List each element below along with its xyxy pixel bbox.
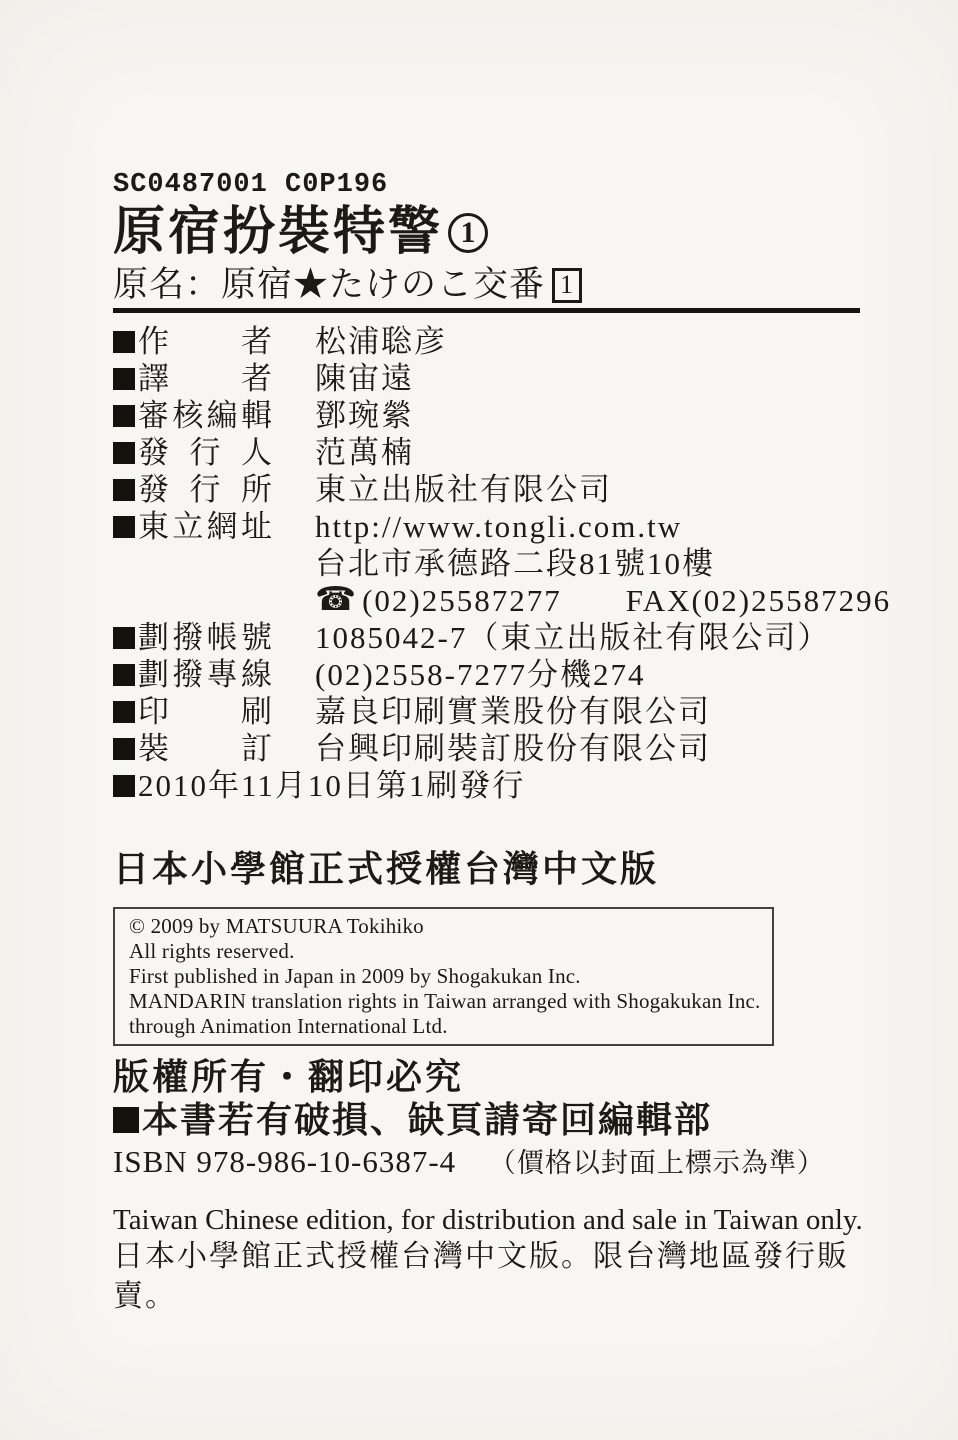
row-value: 鄧琬縈 xyxy=(315,397,414,434)
row-value: 嘉良印刷實業股份有限公司 xyxy=(315,693,711,730)
damage-notice-text: 本書若有破損、缺頁請寄回編輯部 xyxy=(142,1098,712,1142)
book-title: 原宿扮裝特警 1 xyxy=(113,202,868,264)
row-label: 印刷 xyxy=(138,693,274,730)
colophon-page: SC0487001 C0P196 原宿扮裝特警 1 原名：原宿★たけのこ交番 1… xyxy=(0,0,958,1440)
copyright-line: First published in Japan in 2009 by Shog… xyxy=(129,964,762,989)
colophon-row-postal-line: 劃撥專線 (02)2558-7277分機274 xyxy=(113,656,868,693)
row-value: 台興印刷裝訂股份有限公司 xyxy=(315,730,711,767)
row-label: 發行所 xyxy=(138,471,274,508)
colophon-row-author: 作者 松浦聡彦 xyxy=(113,323,868,360)
isbn-number: ISBN 978-986-10-6387-4 xyxy=(113,1144,456,1179)
phone-number: (02)25587277 xyxy=(362,582,562,619)
row-label: 作者 xyxy=(138,323,274,360)
bullet-square-icon xyxy=(113,701,135,723)
english-distribution-notice: Taiwan Chinese edition, for distribution… xyxy=(113,1203,868,1237)
row-value: 陳宙遠 xyxy=(315,360,414,397)
row-value: 松浦聡彦 xyxy=(315,323,447,360)
copyright-box: © 2009 by MATSUURA Tokihiko All rights r… xyxy=(113,907,774,1046)
boxed-volume-badge: 1 xyxy=(552,268,582,303)
colophon-row-website: 東立網址 http://www.tongli.com.tw xyxy=(113,508,868,545)
isbn-line: ISBN 978-986-10-6387-4 （價格以封面上標示為準） xyxy=(113,1142,868,1183)
circled-volume-badge: 1 xyxy=(448,213,488,253)
row-label: 劃撥專線 xyxy=(138,656,274,693)
row-label: 劃撥帳號 xyxy=(138,619,274,656)
row-value: (02)2558-7277分機274 xyxy=(315,656,645,693)
colophon-row-printer: 印刷 嘉良印刷實業股份有限公司 xyxy=(113,693,868,730)
bullet-square-icon xyxy=(113,627,135,649)
print-date: 2010年11月10日第1刷發行 xyxy=(138,767,525,804)
fax-number: FAX(02)25587296 xyxy=(626,582,891,619)
row-label: 東立網址 xyxy=(138,508,274,545)
original-title-text: 原名：原宿★たけのこ交番 xyxy=(113,264,545,306)
bullet-square-icon xyxy=(113,479,135,501)
bullet-square-icon xyxy=(113,738,135,760)
divider-rule xyxy=(113,308,860,313)
colophon-rows: 作者 松浦聡彦 譯者 陳宙遠 審核編輯 鄧琬縈 發行人 范萬楠 發行所 東立出版… xyxy=(113,323,868,804)
license-heading: 日本小學館正式授權台灣中文版 xyxy=(113,847,868,891)
copyright-line: MANDARIN translation rights in Taiwan ar… xyxy=(129,989,762,1014)
chinese-distribution-notice: 日本小學館正式授權台灣中文版。限台灣地區發行販賣。 xyxy=(113,1237,868,1317)
copyright-line: All rights reserved. xyxy=(129,939,762,964)
colophon-row-translator: 譯者 陳宙遠 xyxy=(113,360,868,397)
publisher-url: http://www.tongli.com.tw xyxy=(315,508,682,545)
bullet-square-icon xyxy=(113,405,135,427)
damage-notice: 本書若有破損、缺頁請寄回編輯部 xyxy=(113,1098,868,1142)
original-title: 原名：原宿★たけのこ交番 1 xyxy=(113,264,868,306)
row-label: 發行人 xyxy=(138,434,274,471)
colophon-row-address: 台北市承德路二段81號10樓 xyxy=(113,545,868,582)
price-note: （價格以封面上標示為準） xyxy=(489,1148,825,1178)
publisher-address: 台北市承德路二段81號10樓 xyxy=(315,545,715,582)
colophon-row-phone: ☎ (02)25587277 FAX(02)25587296 xyxy=(113,582,868,619)
colophon-row-publisher-person: 發行人 范萬楠 xyxy=(113,434,868,471)
rights-notice: 版權所有・翻印必究 xyxy=(113,1056,868,1098)
row-value: 東立出版社有限公司 xyxy=(315,471,612,508)
row-value: 1085042-7（東立出版社有限公司） xyxy=(315,619,830,656)
row-value: 范萬楠 xyxy=(315,434,414,471)
row-label: 審核編輯 xyxy=(138,397,274,434)
row-label: 譯者 xyxy=(138,360,274,397)
bullet-square-icon xyxy=(113,442,135,464)
row-label: 裝訂 xyxy=(138,730,274,767)
bullet-square-icon xyxy=(113,775,135,797)
bullet-square-icon xyxy=(113,1107,139,1133)
colophon-row-postal-account: 劃撥帳號 1085042-7（東立出版社有限公司） xyxy=(113,619,868,656)
book-title-text: 原宿扮裝特警 xyxy=(113,202,443,264)
colophon-row-binder: 裝訂 台興印刷裝訂股份有限公司 xyxy=(113,730,868,767)
colophon-row-editor: 審核編輯 鄧琬縈 xyxy=(113,397,868,434)
colophon-row-print-date: 2010年11月10日第1刷發行 xyxy=(113,767,868,804)
bullet-square-icon xyxy=(113,331,135,353)
copyright-line: through Animation International Ltd. xyxy=(129,1014,762,1039)
bullet-square-icon xyxy=(113,516,135,538)
bullet-square-icon xyxy=(113,368,135,390)
colophon-row-publisher-company: 發行所 東立出版社有限公司 xyxy=(113,471,868,508)
telephone-icon: ☎ xyxy=(315,582,358,619)
copyright-line: © 2009 by MATSUURA Tokihiko xyxy=(129,914,762,939)
product-code: SC0487001 C0P196 xyxy=(113,168,868,202)
bullet-square-icon xyxy=(113,664,135,686)
